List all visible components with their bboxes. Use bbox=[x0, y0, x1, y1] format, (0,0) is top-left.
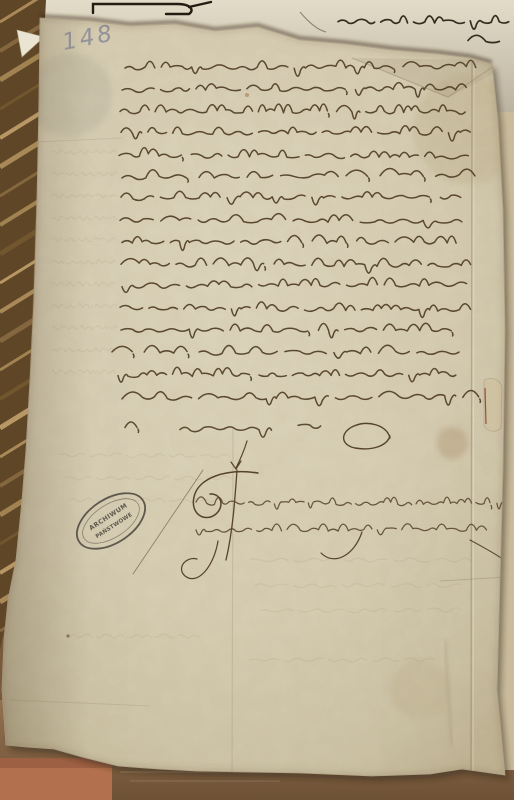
torn-patch bbox=[484, 379, 502, 432]
manuscript-photo-canvas: 148 ARCHIWUM PAŃSTWOWE bbox=[0, 0, 514, 800]
archival-manuscript-photo: 148 ARCHIWUM PAŃSTWOWE bbox=[0, 0, 514, 800]
